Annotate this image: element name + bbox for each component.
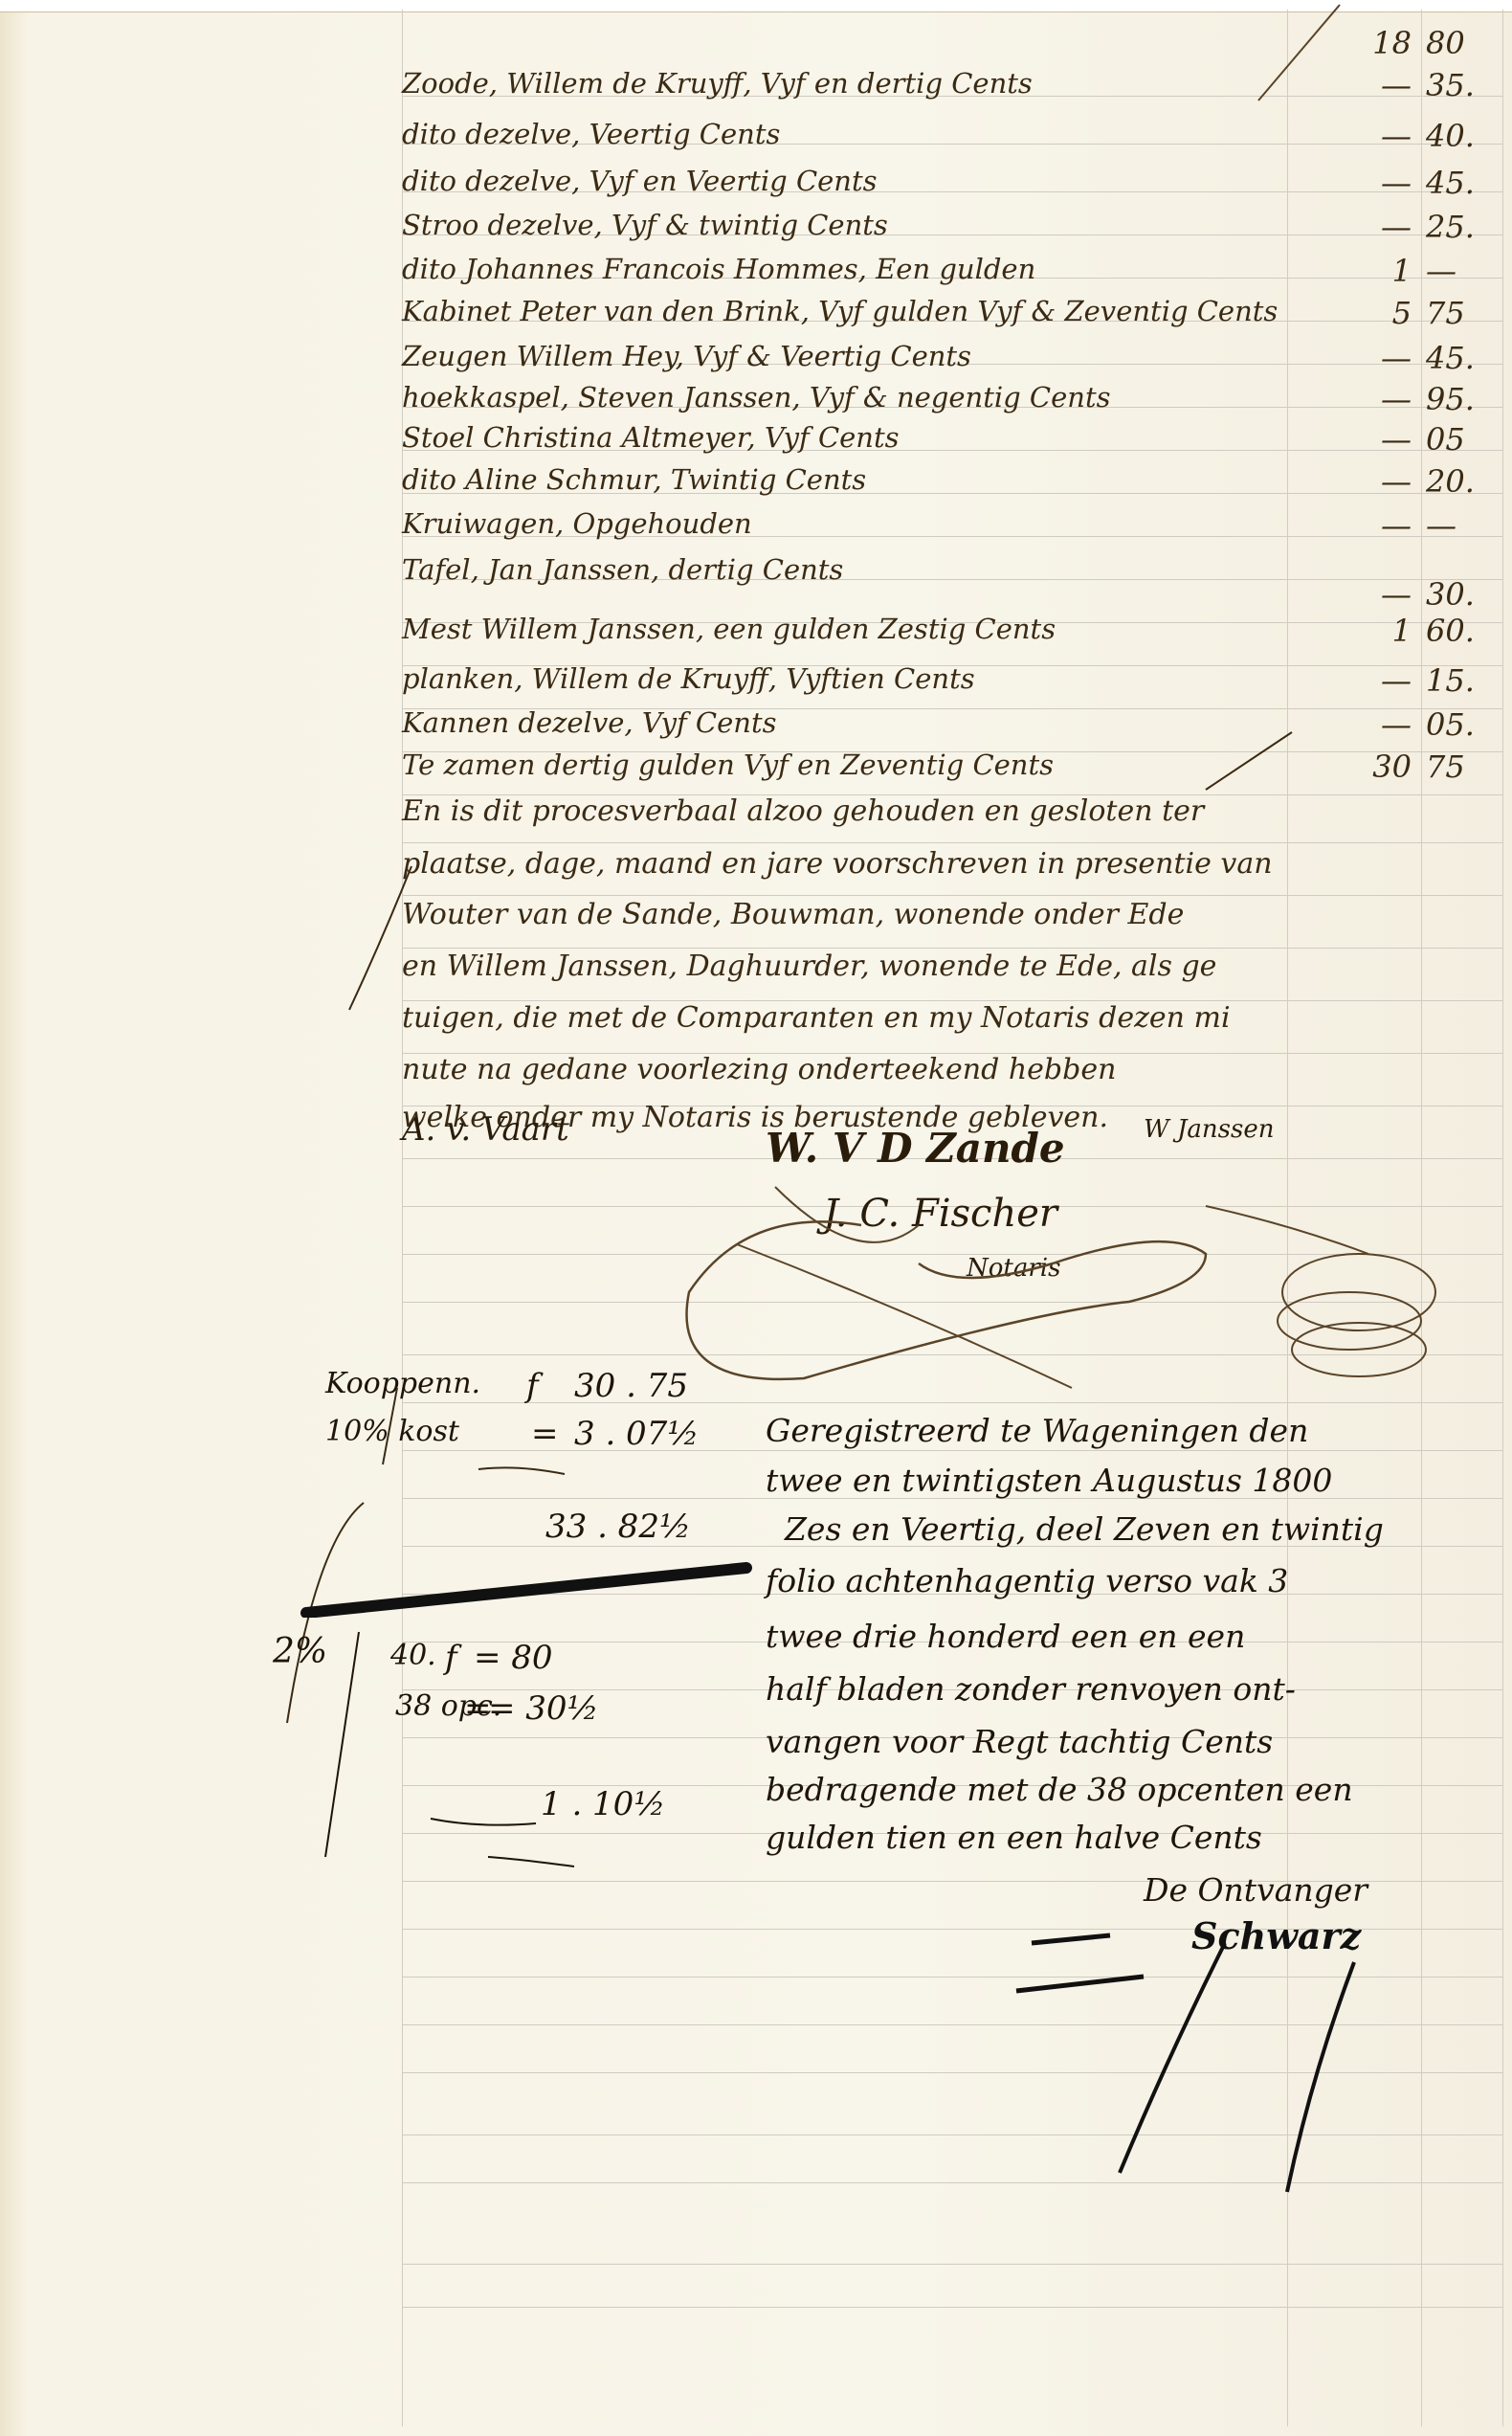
witness-signature: A. v. Vaart: [402, 1110, 569, 1149]
carried-forward-cents: 80: [1426, 25, 1493, 61]
carried-forward-guilders: 18: [1335, 25, 1412, 61]
right-edge-line: [1502, 10, 1503, 2426]
notary-flourish: [670, 1168, 1455, 1417]
witness-signature: W. V D Zande: [766, 1125, 1065, 1172]
receiver-flourish: [1005, 1886, 1388, 2201]
witness-signature: W Janssen: [1144, 1115, 1274, 1144]
document-page: 18 80 Zoode, Willem de Kruyff, Vyf en de…: [0, 0, 1512, 2436]
